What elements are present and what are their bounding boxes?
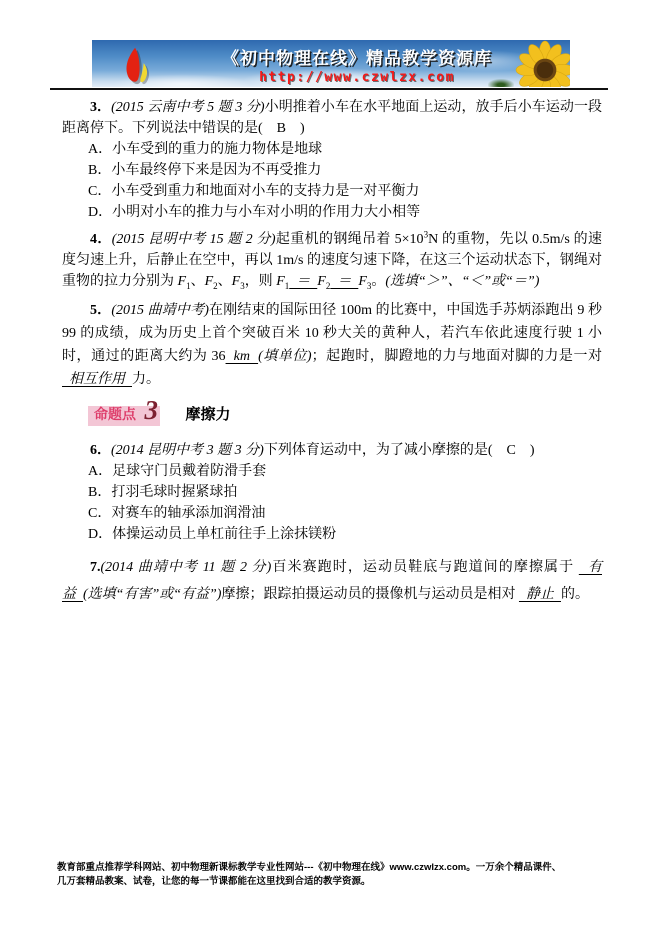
question-3-option-c: C．小车受到重力和地面对小车的支持力是一对平衡力 bbox=[88, 181, 602, 202]
text-run: (选填“有害”或“有益”) bbox=[83, 587, 221, 602]
text-run: ＝ bbox=[330, 274, 358, 289]
text-run: (填单位) bbox=[258, 349, 312, 364]
question-6-stem: 6．(2014 昆明中考 3 题 3 分)下列体育运动中，为了减小摩擦的是( C… bbox=[62, 440, 602, 461]
text-run: km bbox=[226, 349, 259, 364]
text-run: 起重机的钢绳吊着 5×10 bbox=[276, 232, 424, 247]
text-run: ＝ bbox=[289, 274, 317, 289]
text-run: F bbox=[276, 274, 285, 289]
question-6-option-b: B．打羽毛球时握紧球拍 bbox=[88, 482, 602, 503]
question-3-option-d: D．小明对小车的推力与小车对小明的作用力大小相等 bbox=[88, 202, 602, 223]
foliage-decoration bbox=[488, 79, 514, 87]
question-6-option-d: D．体操运动员上单杠前往手上涂抹镁粉 bbox=[88, 524, 602, 545]
text-run: 。 bbox=[371, 274, 385, 289]
site-title: 《初中物理在线》精品教学资源库 bbox=[202, 44, 512, 69]
question-4-stem: 4．(2015 昆明中考 15 题 2 分)起重机的钢绳吊着 5×103N 的重… bbox=[62, 229, 602, 292]
text-run: F bbox=[205, 274, 214, 289]
text-run: 4． bbox=[90, 232, 112, 247]
footer-line-2: 几万套精品教案、试卷，让您的每一节课都能在这里找到合适的教学资源。 bbox=[57, 875, 609, 889]
text-run: 力。 bbox=[132, 372, 160, 387]
text-run: 、 bbox=[218, 274, 232, 289]
text-run: (2015 昆明中考 15 题 2 分) bbox=[112, 232, 276, 247]
question-6-option-a: A．足球守门员戴着防滑手套 bbox=[88, 461, 602, 482]
question-3-option-b: B．小车最终停下来是因为不再受推力 bbox=[88, 160, 602, 181]
topic-title: 摩擦力 bbox=[186, 407, 231, 423]
text-run: (2014 曲靖中考 11 题 2 分) bbox=[101, 560, 272, 575]
question-7-stem: 7.(2014 曲靖中考 11 题 2 分)百米赛跑时，运动员鞋底与跑道间的摩擦… bbox=[62, 554, 602, 608]
text-run: 相互作用 bbox=[62, 372, 132, 387]
text-run: 3． bbox=[90, 100, 111, 115]
text-run: 、 bbox=[191, 274, 205, 289]
text-run: (2015 曲靖中考) bbox=[111, 303, 209, 318]
question-3-stem: 3．(2015 云南中考 5 题 3 分)小明推着小车在水平地面上运动，放手后小… bbox=[62, 97, 602, 139]
topic-badge: 命题点3 bbox=[88, 406, 160, 426]
flame-logo-icon bbox=[116, 43, 158, 87]
topic-marker: 命题点3 摩擦力 bbox=[88, 405, 602, 431]
question-6-option-c: C．对赛车的轴承添加润滑油 bbox=[88, 503, 602, 524]
header-divider bbox=[50, 88, 608, 90]
topic-number: 3 bbox=[145, 397, 159, 424]
text-run: ；起跑时，脚蹬地的力与地面对脚的力是一对 bbox=[312, 349, 602, 364]
text-run: 5． bbox=[90, 303, 111, 318]
text-run: F bbox=[232, 274, 241, 289]
site-url-link[interactable]: http://www.czwlzx.com bbox=[202, 70, 512, 85]
text-run: 6． bbox=[90, 443, 111, 458]
header-banner: 《初中物理在线》精品教学资源库 http://www.czwlzx.com bbox=[92, 40, 570, 87]
document-page: 《初中物理在线》精品教学资源库 http://www.czwlzx.com bbox=[0, 0, 661, 936]
footer-line-1: 教育部重点推荐学科网站、初中物理新课标教学专业性网站---《初中物理在线》www… bbox=[57, 861, 609, 875]
text-run: 7. bbox=[90, 560, 101, 575]
text-run: 静止 bbox=[519, 587, 561, 602]
worksheet-body: 3．(2015 云南中考 5 题 3 分)小明推着小车在水平地面上运动，放手后小… bbox=[62, 97, 602, 608]
text-run: 百米赛跑时，运动员鞋底与跑道间的摩擦属于 bbox=[271, 560, 579, 575]
text-run: 的。 bbox=[561, 587, 589, 602]
sunflower-icon bbox=[514, 40, 570, 87]
banner-text-block: 《初中物理在线》精品教学资源库 http://www.czwlzx.com bbox=[202, 44, 512, 85]
text-run: F bbox=[178, 274, 187, 289]
text-run: 下列体育运动中，为了减小摩擦的是( C ) bbox=[264, 443, 535, 458]
text-run: (选填“＞”、“＜”或“＝”) bbox=[385, 274, 539, 289]
question-5-stem: 5．(2015 曲靖中考)在刚结束的国际田径 100m 的比赛中，中国选手苏炳添… bbox=[62, 299, 602, 391]
question-3-option-a: A．小车受到的重力的施力物体是地球 bbox=[88, 139, 602, 160]
text-run: (2015 云南中考 5 题 3 分) bbox=[111, 100, 264, 115]
text-run: F bbox=[358, 274, 367, 289]
text-run: (2014 昆明中考 3 题 3 分) bbox=[111, 443, 264, 458]
topic-badge-label: 命题点 bbox=[94, 408, 136, 423]
text-run: 摩擦；跟踪拍摄运动员的摄像机与运动员是相对 bbox=[221, 587, 519, 602]
text-run: ，则 bbox=[245, 274, 277, 289]
text-run: F bbox=[317, 274, 326, 289]
page-footer: 教育部重点推荐学科网站、初中物理新课标教学专业性网站---《初中物理在线》www… bbox=[57, 861, 609, 888]
